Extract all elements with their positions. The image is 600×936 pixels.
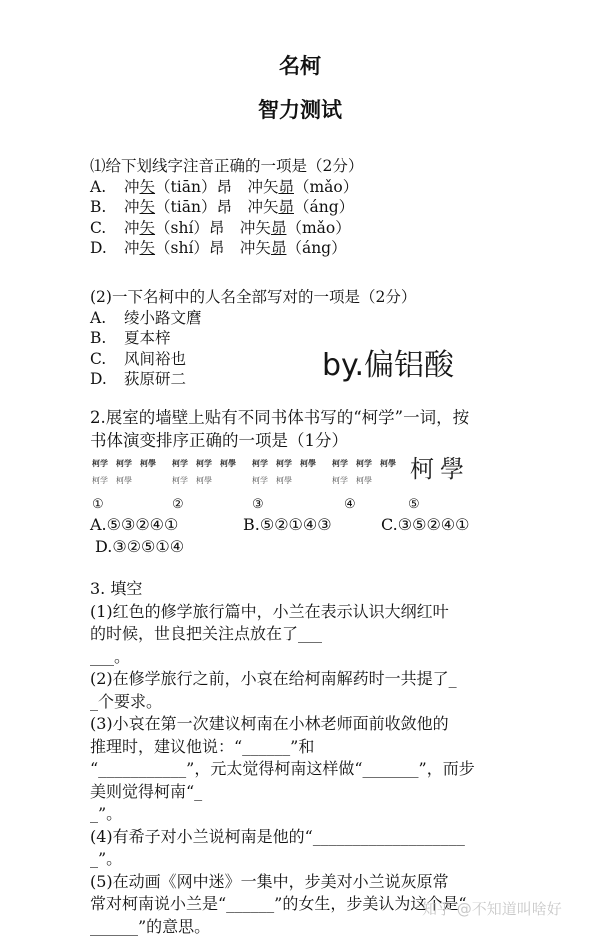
option-c: C.风间裕也	[90, 349, 520, 370]
calligraphy-sample-2: 柯学 柯学 柯學 柯学 柯學	[172, 455, 236, 489]
text-line: ___。	[90, 646, 520, 669]
sample-label: ①	[92, 497, 104, 512]
text-line: “___________”，元太觉得柯南这样做“_______”，而步	[90, 758, 520, 781]
option-text: 冲	[124, 178, 140, 196]
calligraphy-text: 柯学 柯学 柯學	[172, 455, 236, 472]
option-text: 冲	[124, 219, 140, 237]
option-text: （tiān）昂 冲矢	[155, 178, 278, 196]
option-text: 荻原研二	[124, 370, 186, 388]
text-line: 推理时，建议他说：“______”和	[90, 736, 520, 759]
underlined-char: 昴	[271, 239, 287, 257]
calligraphy-sample-3: 柯学 柯学 柯學 柯学 柯學	[252, 455, 316, 489]
option-text: （shí）昂 冲矢	[155, 219, 271, 237]
text-line: (5)在动画《网中迷》一集中，步美对小兰说灰原常	[90, 871, 520, 894]
sample-label: ④	[344, 497, 356, 512]
text-line: _”。	[90, 848, 520, 871]
calligraphy-sample-1: 柯学 柯学 柯學 柯学 柯學	[92, 455, 156, 489]
calligraphy-text: 柯学 柯学 柯學	[92, 455, 156, 472]
text-line: (2)在修学旅行之前，小哀在给柯南解药时一共提了_	[90, 668, 520, 691]
question-stem: (2)一下名柯中的人名全部写对的一项是（2分）	[90, 287, 520, 308]
calligraphy-samples: 柯学 柯学 柯學 柯学 柯學 柯学 柯学 柯學 柯学 柯學 柯学 柯学 柯學 柯…	[92, 455, 522, 500]
option-a: A.绫小路文麿	[90, 308, 520, 329]
answer-a: A.⑤③②④①	[90, 514, 178, 536]
option-letter: D.	[90, 238, 124, 259]
option-text: 夏本梓	[124, 329, 171, 347]
document-subtitle: 智力测试	[0, 94, 600, 124]
option-letter: D.	[90, 369, 124, 390]
calligraphy-text: 柯学 柯学 柯學	[252, 455, 316, 472]
calligraphy-text: 柯学 柯學	[332, 472, 396, 489]
option-text: （mǎo）	[286, 219, 350, 237]
option-text: （mǎo）	[294, 178, 358, 196]
underlined-char: 矢	[140, 178, 156, 196]
option-c: C.冲矢（shí）昂 冲矢昴（mǎo）	[90, 218, 520, 239]
option-letter: A.	[90, 177, 124, 198]
text-line: (4)有希子对小兰说柯南是他的“___________________	[90, 826, 520, 849]
text-line: 的时候，世良把关注点放在了___	[90, 623, 520, 646]
sample-label: ⑤	[408, 497, 420, 512]
text-line: _个要求。	[90, 691, 520, 714]
answer-d: D.③②⑤①④	[95, 536, 184, 558]
option-text: （shí）昂 冲矢	[155, 239, 271, 257]
question-stem-line-1: 2.展室的墙壁上贴有不同书体书写的“柯学”一词，按	[90, 406, 520, 429]
option-text: 冲	[124, 198, 140, 216]
underlined-char: 昴	[278, 198, 294, 216]
option-letter: C.	[90, 349, 124, 370]
zhihu-watermark: 知乎 @不知道叫啥好	[422, 898, 562, 919]
answer-c: C.③⑤②④①	[381, 514, 469, 536]
text-line: (1)红色的修学旅行篇中，小兰在表示认识大纲红叶	[90, 601, 520, 624]
calligraphy-text: 柯学 柯學	[92, 472, 156, 489]
calligraphy-text: 柯学 柯學	[172, 472, 236, 489]
text-line: (3)小哀在第一次建议柯南在小林老师面前收敛他的	[90, 713, 520, 736]
option-text: 冲	[124, 239, 140, 257]
option-letter: B.	[90, 197, 124, 218]
option-a: A.冲矢（tiān）昂 冲矢昴（mǎo）	[90, 177, 520, 198]
underlined-char: 矢	[140, 219, 156, 237]
underlined-char: 昴	[278, 178, 294, 196]
document-title: 名柯	[0, 50, 600, 80]
calligraphy-text: 柯学 柯學	[252, 472, 316, 489]
question-stem: ⑴给下划线字注音正确的一项是（2分）	[90, 156, 520, 177]
question-1-2: (2)一下名柯中的人名全部写对的一项是（2分） A.绫小路文麿 B.夏本梓 C.…	[90, 287, 520, 390]
text-line: 美则觉得柯南“_	[90, 781, 520, 804]
option-text: （tiān）昂 冲矢	[155, 198, 278, 216]
option-letter: A.	[90, 308, 124, 329]
option-text: 风间裕也	[124, 350, 186, 368]
calligraphy-sample-4: 柯学 柯学 柯學 柯学 柯學	[332, 455, 396, 489]
author-signature: by.偏铝酸	[322, 340, 454, 384]
underlined-char: 昴	[271, 219, 287, 237]
sample-label: ③	[252, 497, 264, 512]
sample-label: ②	[172, 497, 184, 512]
question-3: 3. 填空 (1)红色的修学旅行篇中，小兰在表示认识大纲红叶 的时候，世良把关注…	[90, 578, 520, 936]
option-letter: B.	[90, 328, 124, 349]
question-1-1: ⑴给下划线字注音正确的一项是（2分） A.冲矢（tiān）昂 冲矢昴（mǎo） …	[90, 156, 520, 259]
option-text: 绫小路文麿	[124, 309, 202, 327]
option-letter: C.	[90, 218, 124, 239]
text-line: _”。	[90, 803, 520, 826]
option-d: D.冲矢（shí）昂 冲矢昴（áng）	[90, 238, 520, 259]
option-text: （áng）	[294, 198, 354, 216]
calligraphy-sample-5-seal-script: 柯學	[410, 449, 470, 484]
option-b: B.冲矢（tiān）昂 冲矢昴（áng）	[90, 197, 520, 218]
underlined-char: 矢	[140, 239, 156, 257]
answer-b: B.⑤②①④③	[243, 514, 332, 536]
option-text: （áng）	[286, 239, 346, 257]
section-heading: 3. 填空	[90, 578, 520, 601]
option-d: D.荻原研二	[90, 369, 520, 390]
question-2: 2.展室的墙壁上贴有不同书体书写的“柯学”一词，按 书体演变排序正确的一项是（1…	[90, 406, 520, 452]
calligraphy-text: 柯学 柯学 柯學	[332, 455, 396, 472]
option-b: B.夏本梓	[90, 328, 520, 349]
underlined-char: 矢	[140, 198, 156, 216]
